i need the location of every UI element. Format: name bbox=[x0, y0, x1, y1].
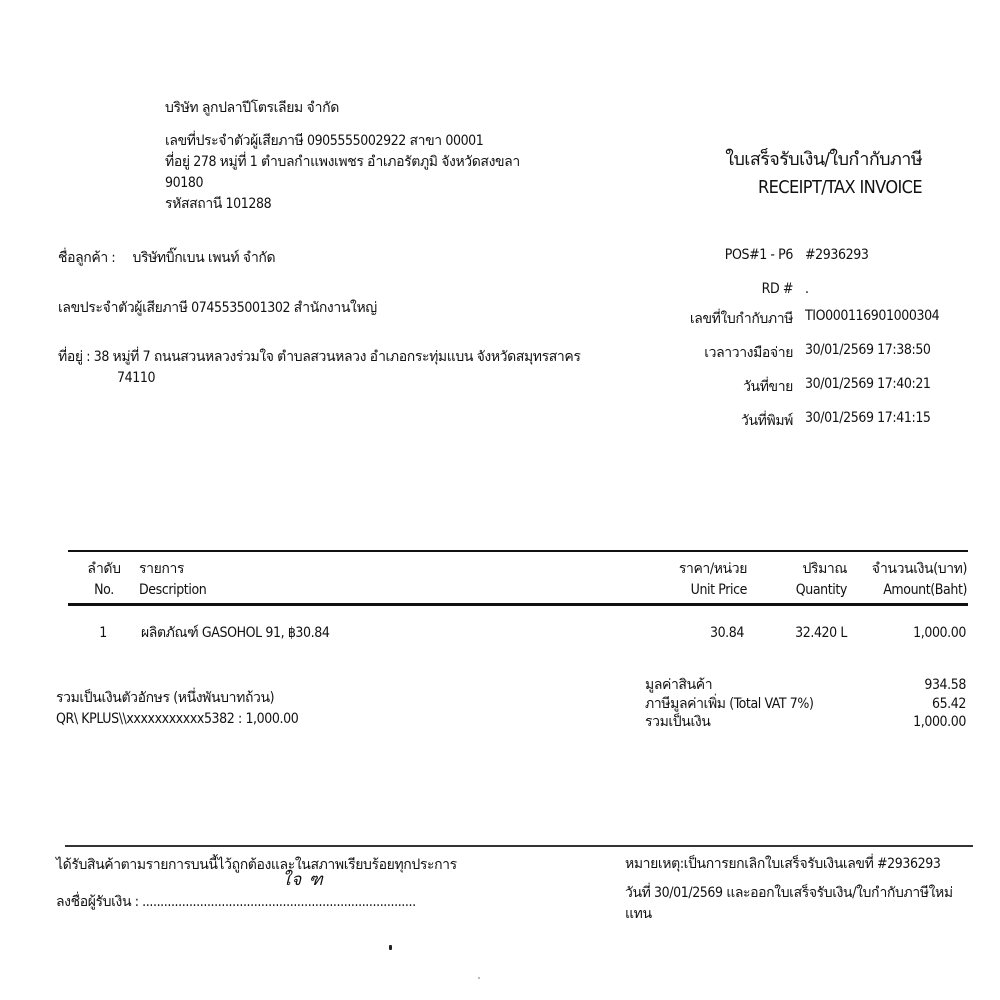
seller-tax-id: เลขที่ประจำตัวผู้เสียภาษี 0905555002922 … bbox=[165, 131, 520, 152]
scan-artifact-dot bbox=[389, 945, 392, 950]
meta-row-tax-invoice-no: เลขที่ใบกำกับภาษี TIO000116901000304 bbox=[690, 308, 952, 342]
customer-name-label: ชื่อลูกค้า : bbox=[58, 250, 115, 266]
table-top-rule bbox=[68, 550, 968, 552]
customer-address-line2: 74110 bbox=[58, 368, 580, 389]
column-header-unit-price: ราคา/หน่วย Unit Price bbox=[679, 559, 747, 601]
subtotal-value: 934.58 bbox=[913, 676, 966, 695]
meta-label: RD # bbox=[762, 281, 793, 297]
cell-quantity: 32.420 L bbox=[795, 623, 847, 644]
meta-value: #2936293 bbox=[793, 247, 952, 263]
document-title: ใบเสร็จรับเงิน/ใบกำกับภาษี RECEIPT/TAX I… bbox=[725, 146, 922, 202]
scan-artifact-speck bbox=[478, 977, 480, 979]
remark-line3: แทน bbox=[625, 904, 953, 924]
totals-values: 934.58 65.42 1,000.00 bbox=[913, 676, 966, 732]
seller-address-line2: 90180 bbox=[165, 173, 520, 194]
meta-row-pos: POS#1 - P6 #2936293 bbox=[690, 247, 952, 281]
meta-value: 30/01/2569 17:41:15 bbox=[793, 410, 952, 426]
meta-label: เวลาวางมือจ่าย bbox=[704, 342, 793, 364]
remark-block: หมายเหตุ:เป็นการยกเลิกใบเสร็จรับเงินเลขท… bbox=[625, 852, 953, 924]
column-header-quantity: ปริมาณ Quantity bbox=[796, 559, 847, 601]
column-header-no: ลำดับ No. bbox=[86, 559, 122, 601]
meta-row-sale-date: วันที่ขาย 30/01/2569 17:40:21 bbox=[690, 376, 952, 410]
document-title-th: ใบเสร็จรับเงิน/ใบกำกับภาษี bbox=[725, 146, 922, 174]
subtotal-label: มูลค่าสินค้า bbox=[645, 676, 814, 695]
document-title-en: RECEIPT/TAX INVOICE bbox=[725, 174, 922, 202]
seller-name: บริษัท ลูกปลาปีโตรเลียม จำกัด bbox=[165, 98, 520, 119]
seller-info: บริษัท ลูกปลาปีโตรเลียม จำกัด เลขที่ประจ… bbox=[165, 98, 520, 215]
meta-value: TIO000116901000304 bbox=[793, 308, 952, 324]
customer-address-line1: 38 หมู่ที่ 7 ถนนสวนหลวงร่วมใจ ตำบลสวนหลว… bbox=[94, 349, 581, 365]
seller-station-code: รหัสสถานี 101288 bbox=[165, 194, 520, 215]
remark-line2: วันที่ 30/01/2569 และออกใบเสร็จรับเงิน/ใ… bbox=[625, 882, 953, 904]
vat-value: 65.42 bbox=[913, 695, 966, 714]
handwritten-signature: ใจ ฑ bbox=[282, 866, 324, 893]
table-header-rule bbox=[68, 603, 968, 606]
receipt-meta: POS#1 - P6 #2936293 RD # . เลขที่ใบกำกับ… bbox=[690, 247, 952, 444]
grand-total-value: 1,000.00 bbox=[913, 713, 966, 732]
amount-in-words-block: รวมเป็นเงินตัวอักษร (หนึ่งพันบาทถ้วน) QR… bbox=[56, 688, 298, 730]
cell-no: 1 bbox=[96, 623, 110, 644]
customer-name-row: ชื่อลูกค้า : บริษัทบิ๊กเบน เพนท์ จำกัด bbox=[58, 247, 275, 269]
meta-value: . bbox=[793, 281, 952, 297]
footer-rule bbox=[65, 845, 973, 847]
meta-label: POS#1 - P6 bbox=[725, 247, 793, 263]
meta-label: วันที่พิมพ์ bbox=[741, 410, 793, 432]
meta-row-rd: RD # . bbox=[690, 281, 952, 308]
cell-amount: 1,000.00 bbox=[913, 623, 966, 644]
column-header-description: รายการ Description bbox=[139, 559, 206, 601]
cell-unit-price: 30.84 bbox=[710, 623, 744, 644]
meta-row-nozzle-time: เวลาวางมือจ่าย 30/01/2569 17:38:50 bbox=[690, 342, 952, 376]
customer-address: ที่อยู่ : 38 หมู่ที่ 7 ถนนสวนหลวงร่วมใจ … bbox=[58, 347, 580, 389]
signature-line: ลงชื่อผู้รับเงิน : .....................… bbox=[56, 891, 416, 913]
acknowledgement-text: ได้รับสินค้าตามรายการบนนี้ไว้ถูกต้องและใ… bbox=[56, 854, 457, 876]
grand-total-label: รวมเป็นเงิน bbox=[645, 713, 814, 732]
cell-description: ผลิตภัณฑ์ GASOHOL 91, ฿30.84 bbox=[141, 623, 329, 644]
vat-label: ภาษีมูลค่าเพิ่ม (Total VAT 7%) bbox=[645, 695, 814, 714]
customer-tax-id: เลขประจำตัวผู้เสียภาษี 0745535001302 สำน… bbox=[58, 297, 377, 319]
meta-value: 30/01/2569 17:38:50 bbox=[793, 342, 952, 358]
customer-name: บริษัทบิ๊กเบน เพนท์ จำกัด bbox=[132, 250, 275, 266]
meta-label: วันที่ขาย bbox=[743, 376, 793, 398]
meta-value: 30/01/2569 17:40:21 bbox=[793, 376, 952, 392]
meta-label: เลขที่ใบกำกับภาษี bbox=[690, 308, 793, 330]
payment-method: QR\ KPLUS\\xxxxxxxxxxx5382 : 1,000.00 bbox=[56, 709, 298, 730]
remark-line1: หมายเหตุ:เป็นการยกเลิกใบเสร็จรับเงินเลขท… bbox=[625, 852, 953, 876]
customer-address-label: ที่อยู่ : bbox=[58, 349, 90, 365]
amount-in-words: รวมเป็นเงินตัวอักษร (หนึ่งพันบาทถ้วน) bbox=[56, 688, 298, 709]
meta-row-print-date: วันที่พิมพ์ 30/01/2569 17:41:15 bbox=[690, 410, 952, 444]
totals-labels: มูลค่าสินค้า ภาษีมูลค่าเพิ่ม (Total VAT … bbox=[645, 676, 814, 732]
column-header-amount: จำนวนเงิน(บาท) Amount(Baht) bbox=[872, 559, 967, 601]
seller-address-line1: ที่อยู่ 278 หมู่ที่ 1 ตำบลกำแพงเพชร อำเภ… bbox=[165, 152, 520, 173]
